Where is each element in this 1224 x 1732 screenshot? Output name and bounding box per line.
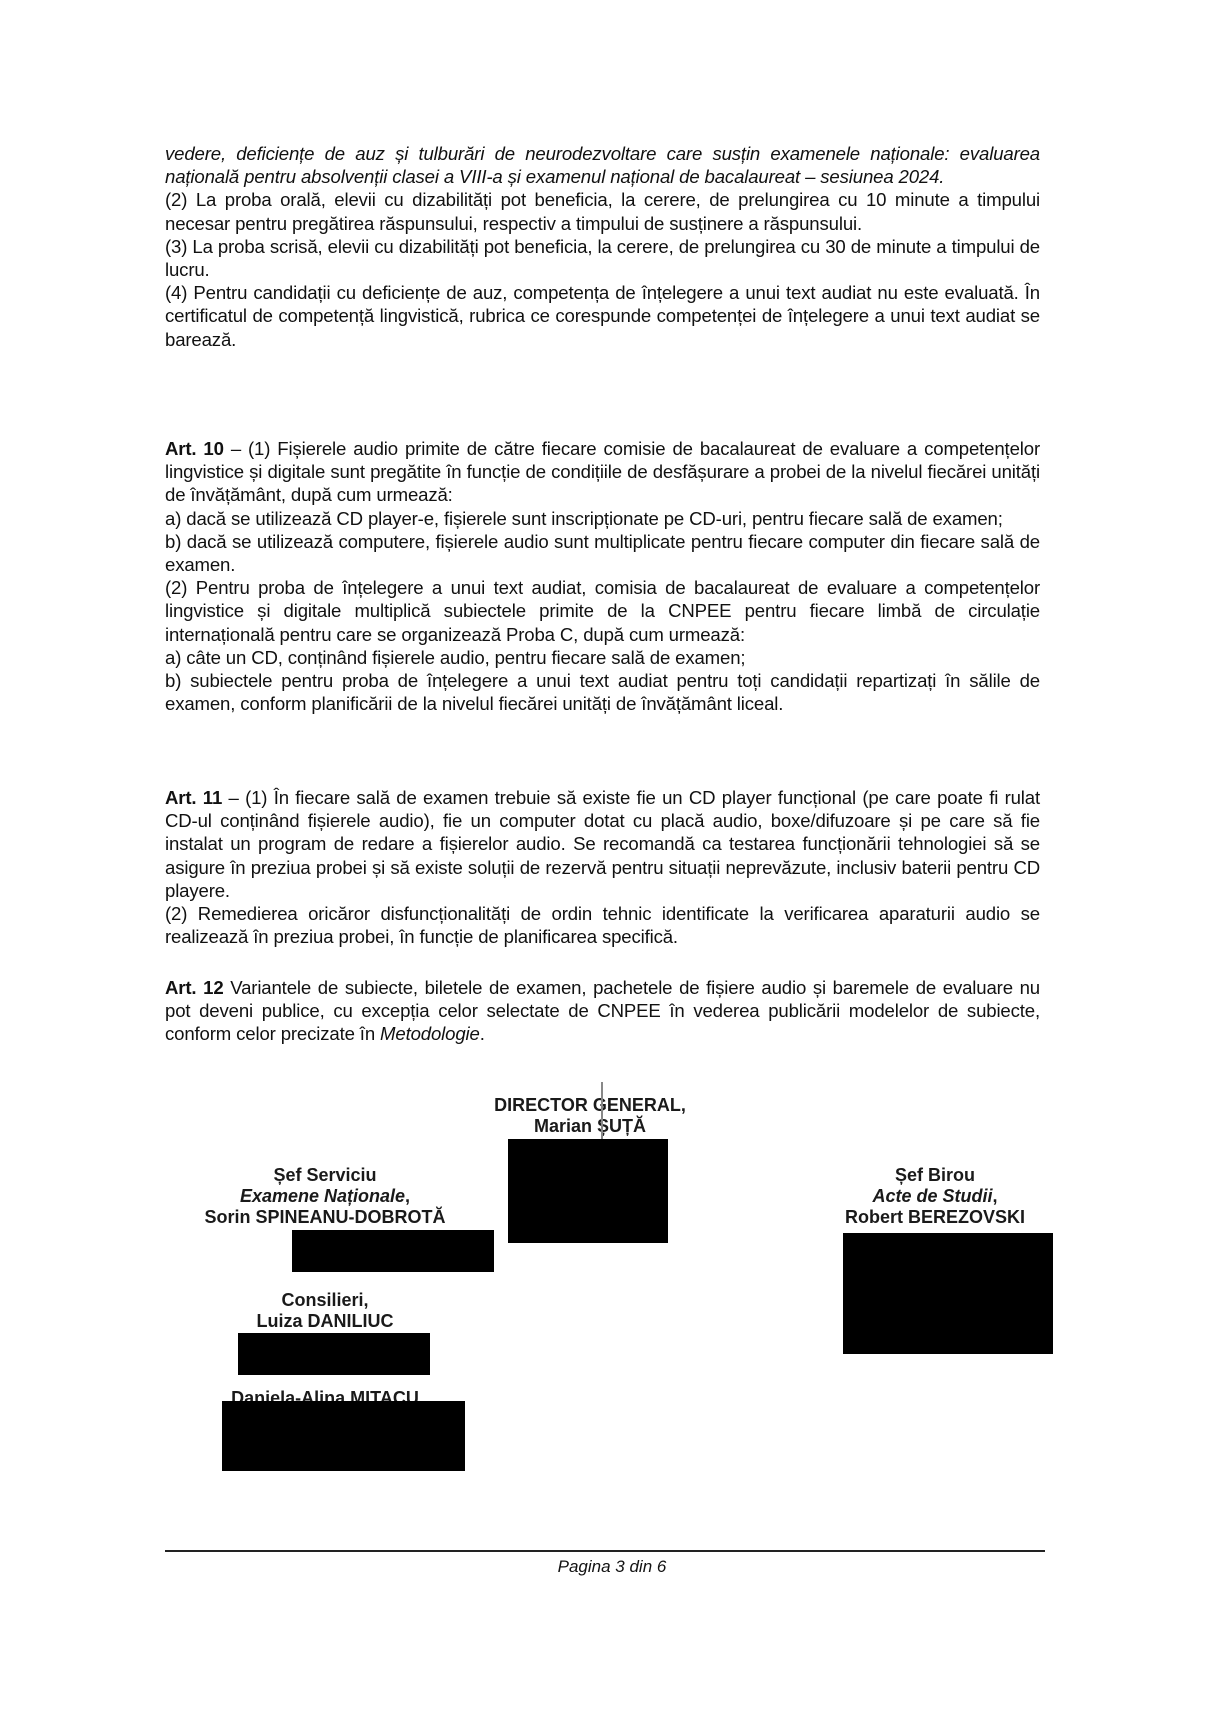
signature-sef-serviciu: Șef Serviciu Examene Naționale, Sorin SP… [180, 1165, 470, 1228]
signature-consilieri: Consilieri, Luiza DANILIUC [180, 1290, 470, 1332]
sef-serviciu-role: Șef Serviciu [180, 1165, 470, 1186]
sef-birou-name: Robert BEREZOVSKI [815, 1207, 1055, 1228]
consilier-name-1: Luiza DANILIUC [180, 1311, 470, 1332]
sef-serviciu-dept-comma: , [405, 1186, 410, 1206]
signature-block: DIRECTOR GENERAL, Marian ȘUȚĂ Șef Servic… [0, 0, 1224, 1500]
sef-serviciu-dept-text: Examene Naționale [240, 1186, 405, 1206]
sef-birou-role: Șef Birou [815, 1165, 1055, 1186]
redacted-signature-consilier-2 [222, 1401, 465, 1471]
consilieri-role: Consilieri, [180, 1290, 470, 1311]
signature-stroke [601, 1082, 603, 1142]
redacted-signature-consilier-1 [238, 1333, 430, 1375]
director-role: DIRECTOR GENERAL, [470, 1095, 710, 1116]
redacted-signature-sef-birou [843, 1233, 1053, 1354]
sef-serviciu-dept: Examene Naționale, [180, 1186, 470, 1207]
redacted-signature-director [508, 1139, 668, 1243]
footer-divider [165, 1550, 1045, 1552]
signature-sef-birou: Șef Birou Acte de Studii, Robert BEREZOV… [815, 1165, 1055, 1228]
sef-birou-dept-comma: , [993, 1186, 998, 1206]
page-number: Pagina 3 din 6 [0, 1557, 1224, 1577]
director-name: Marian ȘUȚĂ [470, 1116, 710, 1137]
sef-serviciu-name: Sorin SPINEANU-DOBROTĂ [180, 1207, 470, 1228]
redacted-signature-sef-serviciu [292, 1230, 494, 1272]
sef-birou-dept: Acte de Studii, [815, 1186, 1055, 1207]
document-page: vedere, deficiențe de auz și tulburări d… [0, 0, 1224, 1732]
signature-director: DIRECTOR GENERAL, Marian ȘUȚĂ [470, 1095, 710, 1137]
sef-birou-dept-text: Acte de Studii [872, 1186, 992, 1206]
